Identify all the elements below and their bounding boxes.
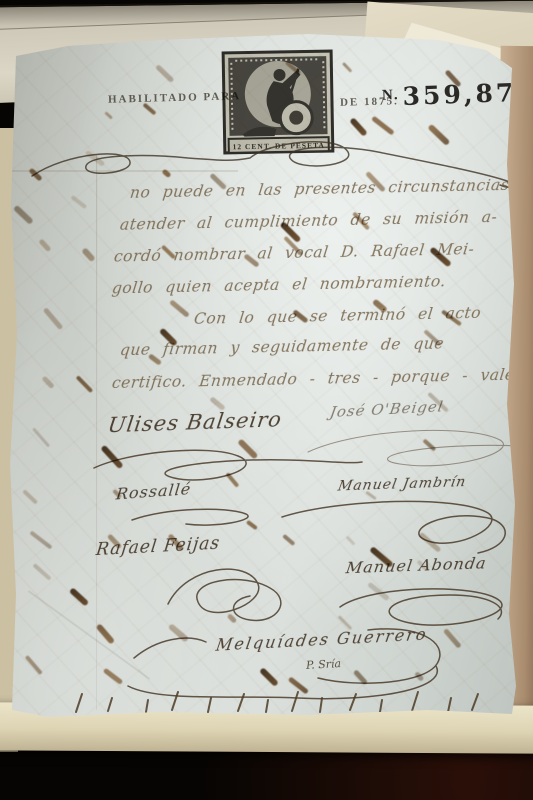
signature-rubric bbox=[126, 502, 266, 532]
document-page: HABILITADO PARA DE 1875. N. 359,872 bbox=[8, 34, 516, 720]
vertical-fold-crease bbox=[96, 154, 98, 710]
photo-of-document: HABILITADO PARA DE 1875. N. 359,872 bbox=[0, 0, 533, 800]
serial-prefix: N. bbox=[382, 87, 399, 104]
signature-rubric bbox=[300, 422, 530, 477]
